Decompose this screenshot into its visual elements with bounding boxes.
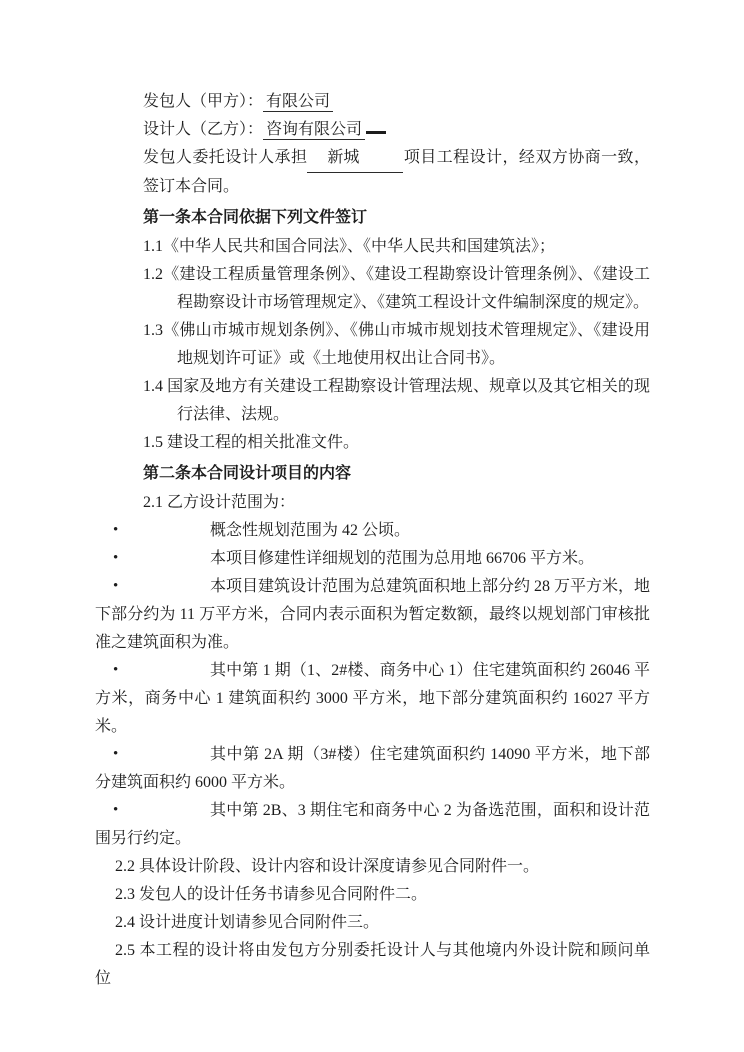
bullet-text: 本项目修建性详细规划的范围为总用地 66706 平方米。: [210, 550, 594, 567]
document-page: 发包人（甲方）：有限公司 设计人（乙方）：咨询有限公司 发包人委托设计人承担新城…: [0, 0, 744, 1052]
clause-1-5: 1.5 建设工程的相关批准文件。: [95, 429, 650, 457]
party-a-value: 有限公司: [263, 93, 333, 112]
bullet-item: •本项目建筑设计范围为总建筑面积地上部分约 28 万平方米，地下部分约为 11 …: [95, 573, 650, 657]
bullet-icon: •: [113, 544, 118, 572]
party-b-value: 咨询有限公司: [263, 121, 365, 140]
bullet-icon: •: [113, 572, 118, 600]
bullet-icon: •: [113, 796, 118, 824]
bullet-text: 其中第 2B、3 期住宅和商务中心 2 为备选范围，面积和设计范围另行约定。: [95, 802, 650, 847]
project-name-blank: 新城: [307, 144, 403, 173]
clause-1-2: 1.2《建设工程质量管理条例》、《建设工程勘察设计管理条例》、《建设工程勘察设计…: [95, 261, 650, 317]
intro-paragraph: 发包人委托设计人承担新城项目工程设计，经双方协商一致，签订本合同。: [95, 144, 650, 201]
project-name-value: 新城: [327, 149, 359, 166]
bullet-item: •本项目修建性详细规划的范围为总用地 66706 平方米。: [95, 545, 650, 573]
clause-2-2: 2.2 具体设计阶段、设计内容和设计深度请参见合同附件一。: [95, 853, 650, 881]
bullet-text: 概念性规划范围为 42 公顷。: [210, 522, 410, 539]
clause-2-1: 2.1 乙方设计范围为：: [95, 489, 650, 517]
bullet-item: •其中第 2A 期（3#楼）住宅建筑面积约 14090 平方米，地下部分建筑面积…: [95, 741, 650, 797]
bullet-item: •概念性规划范围为 42 公顷。: [95, 517, 650, 545]
clause-1-4: 1.4 国家及地方有关建设工程勘察设计管理法规、规章以及其它相关的现行法律、法规…: [95, 373, 650, 429]
clause-1-3: 1.3《佛山市城市规划条例》、《佛山市城市规划技术管理规定》、《建设用地规划许可…: [95, 317, 650, 373]
bullet-icon: •: [113, 656, 118, 684]
article2-heading: 第二条本合同设计项目的内容: [95, 460, 650, 488]
bullet-icon: •: [113, 516, 118, 544]
bullet-text: 其中第 2A 期（3#楼）住宅建筑面积约 14090 平方米，地下部分建筑面积约…: [95, 746, 650, 791]
bullet-text: 本项目建筑设计范围为总建筑面积地上部分约 28 万平方米，地下部分约为 11 万…: [95, 578, 650, 651]
party-a-line: 发包人（甲方）：有限公司: [95, 88, 650, 116]
bullet-item: •其中第 2B、3 期住宅和商务中心 2 为备选范围，面积和设计范围另行约定。: [95, 797, 650, 853]
clause-1-1: 1.1《中华人民共和国合同法》、《中华人民共和国建筑法》；: [95, 233, 650, 261]
clause-2-5: 2.5 本工程的设计将由发包方分别委托设计人与其他境内外设计院和顾问单位: [95, 937, 650, 993]
bullet-icon: •: [113, 740, 118, 768]
bullet-item: •其中第 1 期（1、2#楼、商务中心 1）住宅建筑面积约 26046 平方米，…: [95, 657, 650, 741]
intro-text-before: 发包人委托设计人承担: [143, 149, 307, 166]
underscore-mark: [366, 117, 386, 134]
clause-2-3: 2.3 发包人的设计任务书请参见合同附件二。: [95, 881, 650, 909]
clause-2-4: 2.4 设计进度计划请参见合同附件三。: [95, 909, 650, 937]
article1-heading: 第一条本合同依据下列文件签订: [95, 204, 650, 232]
party-b-line: 设计人（乙方）：咨询有限公司: [95, 116, 650, 144]
party-a-label: 发包人（甲方）：: [143, 93, 263, 110]
bullet-text: 其中第 1 期（1、2#楼、商务中心 1）住宅建筑面积约 26046 平方米，商…: [95, 662, 650, 735]
party-b-label: 设计人（乙方）：: [143, 121, 263, 138]
